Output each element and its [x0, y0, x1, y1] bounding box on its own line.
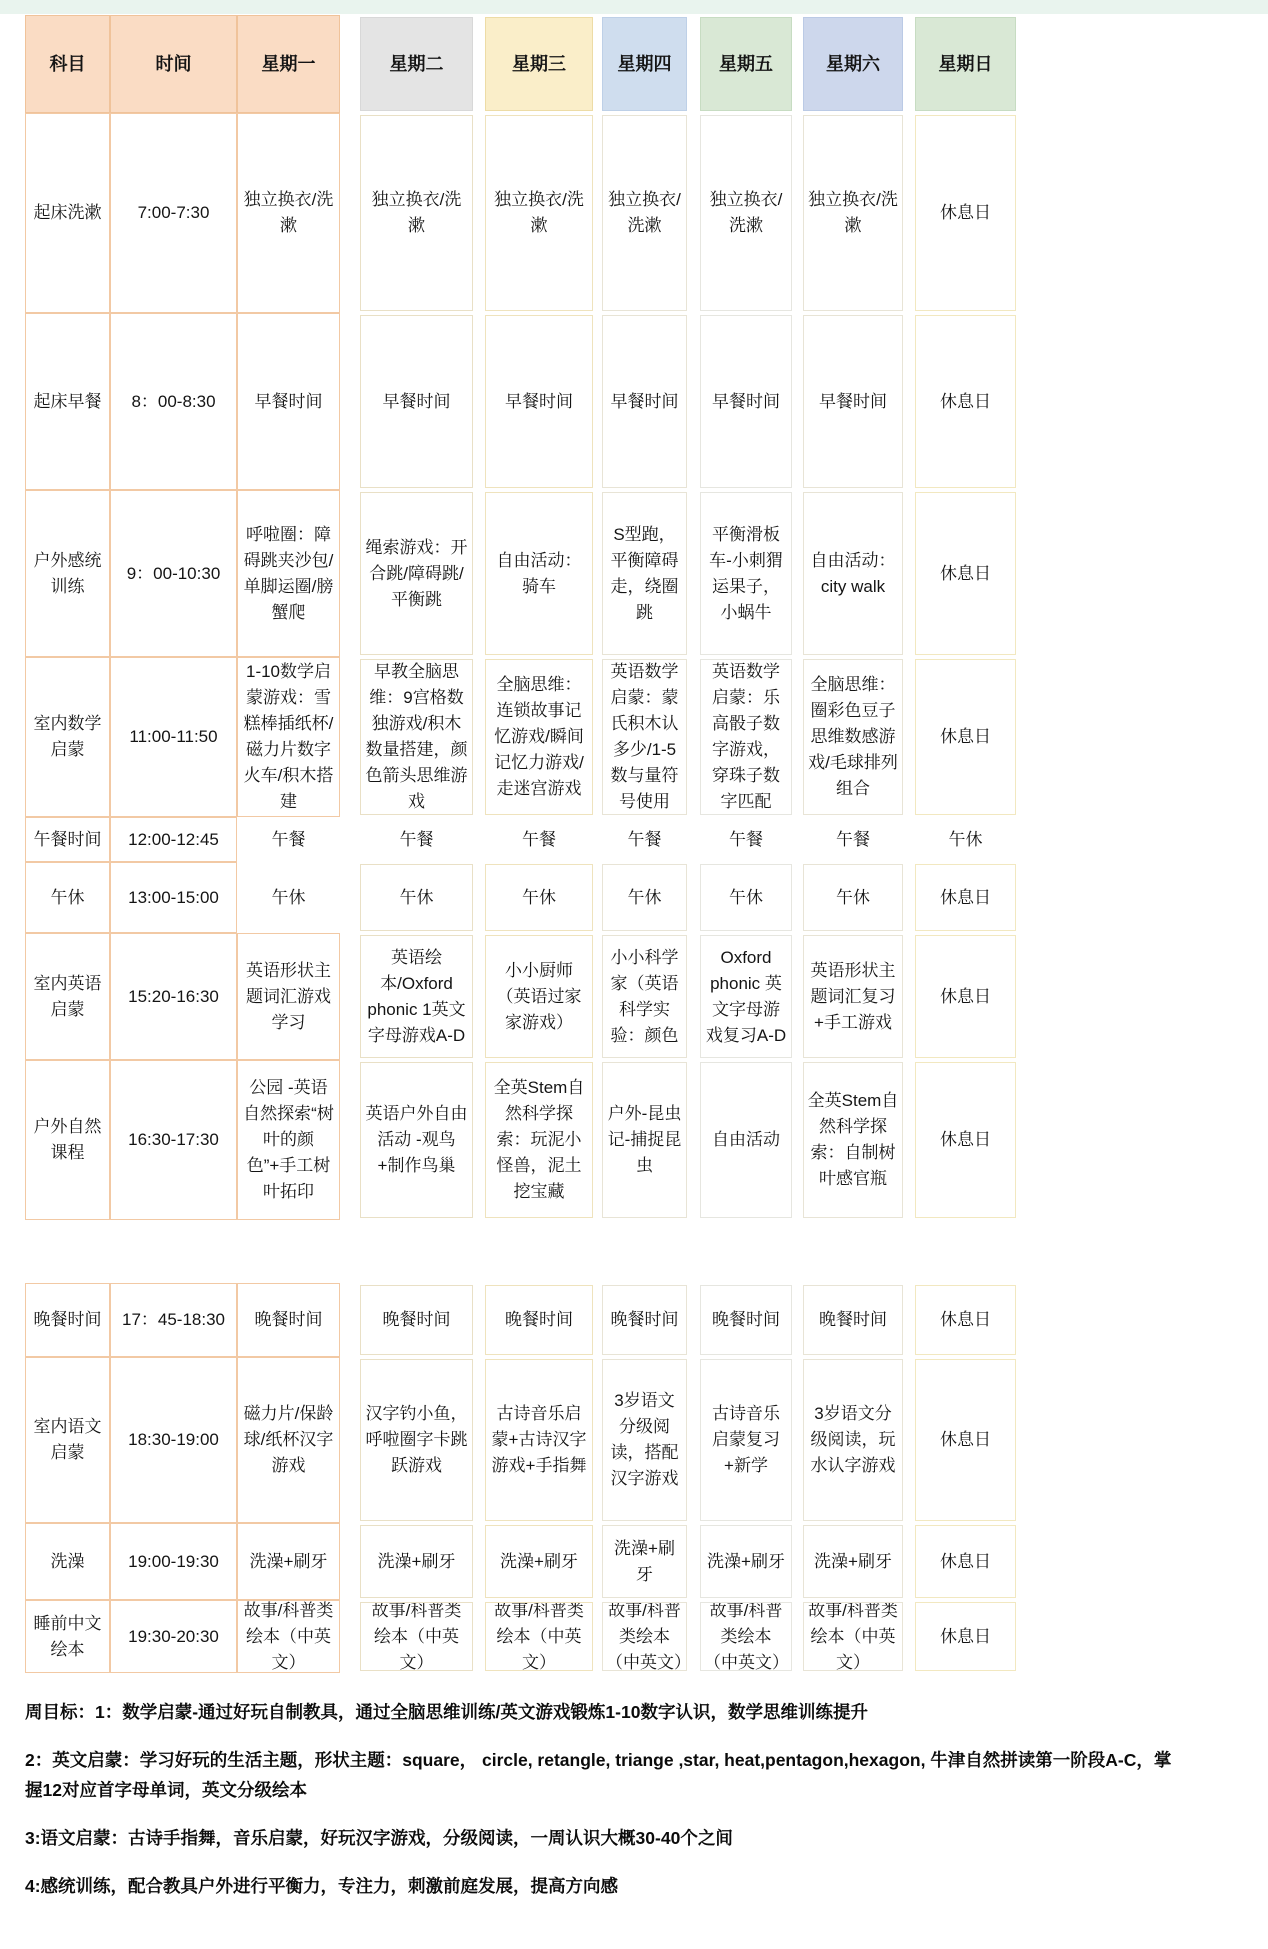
cell-wed-r7: 小小厨师（英语过家家游戏） [485, 935, 593, 1058]
goal-line-3: 3:语文启蒙：古诗手指舞，音乐启蒙，好玩汉字游戏，分级阅读，一周认识大概30-4… [25, 1823, 1185, 1853]
cell-sat-r11: 洗澡+刷牙 [803, 1525, 903, 1598]
cell-time-r10: 18:30-19:00 [110, 1357, 237, 1523]
lower-grid: 晚餐时间 17：45-18:30 晚餐时间 室内语文启蒙 18:30-19:00… [25, 1283, 340, 1673]
cell-fri-r7: Oxford phonic 英文字母游戏复习A-D [700, 935, 792, 1058]
cell-time-r6: 13:00-15:00 [110, 862, 237, 933]
column-thursday: 星期四 独立换衣/洗漱 早餐时间 S型跑，平衡障碍走，绕圈跳 英语数学启蒙：蒙氏… [602, 15, 687, 1673]
cell-subject-r9: 晚餐时间 [25, 1283, 110, 1357]
cell-tue-r2: 早餐时间 [360, 315, 473, 488]
cell-subject-r10: 室内语文启蒙 [25, 1357, 110, 1523]
cell-mon-r1: 独立换衣/洗漱 [237, 113, 340, 313]
cell-sat-r7: 英语形状主题词汇复习+手工游戏 [803, 935, 903, 1058]
cell-sun-r4: 休息日 [915, 659, 1016, 815]
cell-fri-r11: 洗澡+刷牙 [700, 1525, 792, 1598]
goal-line-2: 2：英文启蒙：学习好玩的生活主题，形状主题：square， circle, re… [25, 1745, 1185, 1805]
header-saturday: 星期六 [803, 17, 903, 111]
column-friday: 星期五 独立换衣/洗漱 早餐时间 平衡滑板车-小刺猬运果子，小蜗牛 英语数学启蒙… [700, 15, 792, 1673]
cell-tue-r1: 独立换衣/洗漱 [360, 115, 473, 311]
cell-mon-r2: 早餐时间 [237, 313, 340, 490]
cell-mon-r7: 英语形状主题词汇游戏学习 [237, 933, 340, 1060]
cell-time-r4: 11:00-11:50 [110, 657, 237, 817]
header-friday: 星期五 [700, 17, 792, 111]
cell-sun-r7: 休息日 [915, 935, 1016, 1058]
cell-fri-r6: 午休 [700, 864, 792, 931]
cell-subject-r5: 午餐时间 [25, 817, 110, 862]
cell-sun-r3: 休息日 [915, 492, 1016, 655]
top-strip [0, 0, 1268, 14]
cell-sat-r12: 故事/科普类绘本（中英文） [803, 1602, 903, 1671]
cell-sun-r5: 午休 [915, 819, 1016, 860]
cell-subject-r1: 起床洗漱 [25, 113, 110, 313]
cell-fri-r4: 英语数学启蒙：乐高骰子数字游戏，穿珠子数字匹配 [700, 659, 792, 815]
cell-time-r3: 9：00-10:30 [110, 490, 237, 657]
cell-sat-r3: 自由活动：city walk [803, 492, 903, 655]
cell-sun-r9: 休息日 [915, 1285, 1016, 1355]
cell-sun-r11: 休息日 [915, 1525, 1016, 1598]
cell-tue-r11: 洗澡+刷牙 [360, 1525, 473, 1598]
cell-subject-r2: 起床早餐 [25, 313, 110, 490]
header-monday: 星期一 [237, 15, 340, 113]
column-gap [700, 1222, 792, 1281]
cell-sun-r12: 休息日 [915, 1602, 1016, 1671]
cell-thu-r7: 小小科学家（英语科学实验：颜色 [602, 935, 687, 1058]
cell-time-r9: 17：45-18:30 [110, 1283, 237, 1357]
weekly-goals: 周目标：1：数学启蒙-通过好玩自制教具，通过全脑思维训练/英文游戏锻炼1-10数… [0, 1673, 1210, 1949]
cell-wed-r8: 全英Stem自然科学探索：玩泥小怪兽，泥土挖宝藏 [485, 1062, 593, 1218]
cell-fri-r3: 平衡滑板车-小刺猬运果子，小蜗牛 [700, 492, 792, 655]
cell-sat-r10: 3岁语文分级阅读，玩水认字游戏 [803, 1359, 903, 1521]
cell-wed-r11: 洗澡+刷牙 [485, 1525, 593, 1598]
cell-thu-r6: 午休 [602, 864, 687, 931]
cell-tue-r12: 故事/科普类绘本（中英文） [360, 1602, 473, 1671]
cell-wed-r9: 晚餐时间 [485, 1285, 593, 1355]
column-sunday: 星期日 休息日 休息日 休息日 休息日 午休 休息日 休息日 休息日 休息日 休… [915, 15, 1016, 1673]
header-sunday: 星期日 [915, 17, 1016, 111]
cell-fri-r1: 独立换衣/洗漱 [700, 115, 792, 311]
cell-subject-r8: 户外自然课程 [25, 1060, 110, 1220]
cell-time-r11: 19:00-19:30 [110, 1523, 237, 1600]
cell-thu-r2: 早餐时间 [602, 315, 687, 488]
cell-mon-r12: 故事/科普类绘本（中英文） [237, 1600, 340, 1673]
cell-mon-r5: 午餐 [237, 817, 340, 862]
cell-sat-r5: 午餐 [803, 819, 903, 860]
column-tuesday: 星期二 独立换衣/洗漱 早餐时间 绳索游戏：开合跳/障碍跳/平衡跳 早教全脑思维… [360, 15, 473, 1673]
cell-sun-r1: 休息日 [915, 115, 1016, 311]
cell-sat-r9: 晚餐时间 [803, 1285, 903, 1355]
cell-wed-r2: 早餐时间 [485, 315, 593, 488]
cell-fri-r2: 早餐时间 [700, 315, 792, 488]
cell-thu-r11: 洗澡+刷牙 [602, 1525, 687, 1598]
cell-thu-r12: 故事/科普类绘本（中英文） [602, 1602, 687, 1671]
cell-sat-r4: 全脑思维：圈彩色豆子思维数感游戏/毛球排列组合 [803, 659, 903, 815]
cell-thu-r10: 3岁语文分级阅读，搭配汉字游戏 [602, 1359, 687, 1521]
cell-wed-r4: 全脑思维：连锁故事记忆游戏/瞬间记忆力游戏/走迷宫游戏 [485, 659, 593, 815]
cell-mon-r10: 磁力片/保龄球/纸杯汉字游戏 [237, 1357, 340, 1523]
cell-tue-r10: 汉字钓小鱼，呼啦圈字卡跳跃游戏 [360, 1359, 473, 1521]
cell-time-r8: 16:30-17:30 [110, 1060, 237, 1220]
column-gap [803, 1222, 903, 1281]
cell-wed-r12: 故事/科普类绘本（中英文） [485, 1602, 593, 1671]
cell-tue-r6: 午休 [360, 864, 473, 931]
upper-grid: 科目 时间 星期一 起床洗漱 7:00-7:30 独立换衣/洗漱 起床早餐 8：… [25, 15, 340, 1220]
cell-tue-r8: 英语户外自由活动 -观鸟+制作鸟巢 [360, 1062, 473, 1218]
cell-mon-r8: 公园 -英语自然探索“树叶的颜色”+手工树叶拓印 [237, 1060, 340, 1220]
weekly-schedule-page: 科目 时间 星期一 起床洗漱 7:00-7:30 独立换衣/洗漱 起床早餐 8：… [0, 0, 1268, 1949]
cell-thu-r9: 晚餐时间 [602, 1285, 687, 1355]
cell-subject-r12: 睡前中文绘本 [25, 1600, 110, 1673]
header-time: 时间 [110, 15, 237, 113]
header-wednesday: 星期三 [485, 17, 593, 111]
cell-sun-r8: 休息日 [915, 1062, 1016, 1218]
cell-thu-r5: 午餐 [602, 819, 687, 860]
cell-thu-r3: S型跑，平衡障碍走，绕圈跳 [602, 492, 687, 655]
cell-subject-r3: 户外感统训练 [25, 490, 110, 657]
cell-sat-r6: 午休 [803, 864, 903, 931]
column-gap [602, 1222, 687, 1281]
cell-time-r1: 7:00-7:30 [110, 113, 237, 313]
column-gap [360, 1222, 473, 1281]
cell-mon-r4: 1-10数学启蒙游戏：雪糕棒插纸杯/磁力片数字火车/积木搭建 [237, 657, 340, 817]
cell-time-r5: 12:00-12:45 [110, 817, 237, 862]
cell-tue-r9: 晚餐时间 [360, 1285, 473, 1355]
cell-tue-r3: 绳索游戏：开合跳/障碍跳/平衡跳 [360, 492, 473, 655]
cell-time-r12: 19:30-20:30 [110, 1600, 237, 1673]
cell-thu-r8: 户外-昆虫记-捕捉昆虫 [602, 1062, 687, 1218]
goal-line-4: 4:感统训练，配合教具户外进行平衡力，专注力，刺激前庭发展，提高方向感 [25, 1871, 1185, 1901]
cell-fri-r10: 古诗音乐启蒙复习+新学 [700, 1359, 792, 1521]
cell-sun-r10: 休息日 [915, 1359, 1016, 1521]
cell-time-r7: 15:20-16:30 [110, 933, 237, 1060]
cell-thu-r1: 独立换衣/洗漱 [602, 115, 687, 311]
cell-time-r2: 8：00-8:30 [110, 313, 237, 490]
cell-subject-r6: 午休 [25, 862, 110, 933]
column-wednesday: 星期三 独立换衣/洗漱 早餐时间 自由活动：骑车 全脑思维：连锁故事记忆游戏/瞬… [485, 15, 593, 1673]
cell-tue-r7: 英语绘本/Oxford phonic 1英文字母游戏A-D [360, 935, 473, 1058]
cell-fri-r9: 晚餐时间 [700, 1285, 792, 1355]
cell-fri-r8: 自由活动 [700, 1062, 792, 1218]
cell-tue-r5: 午餐 [360, 819, 473, 860]
cell-sat-r1: 独立换衣/洗漱 [803, 115, 903, 311]
cell-mon-r6: 午休 [237, 862, 340, 933]
cell-subject-r11: 洗澡 [25, 1523, 110, 1600]
cell-sat-r8: 全英Stem自然科学探索：自制树叶感官瓶 [803, 1062, 903, 1218]
header-thursday: 星期四 [602, 17, 687, 111]
column-saturday: 星期六 独立换衣/洗漱 早餐时间 自由活动：city walk 全脑思维：圈彩色… [803, 15, 903, 1673]
cell-tue-r4: 早教全脑思维：9宫格数独游戏/积木数量搭建，颜色箭头思维游戏 [360, 659, 473, 815]
cell-sun-r6: 休息日 [915, 864, 1016, 931]
cell-subject-r4: 室内数学启蒙 [25, 657, 110, 817]
cell-sun-r2: 休息日 [915, 315, 1016, 488]
cell-wed-r10: 古诗音乐启蒙+古诗汉字游戏+手指舞 [485, 1359, 593, 1521]
column-gap [485, 1222, 593, 1281]
subject-time-monday-block: 科目 时间 星期一 起床洗漱 7:00-7:30 独立换衣/洗漱 起床早餐 8：… [25, 15, 340, 1673]
table-section-gap [25, 1220, 340, 1283]
cell-subject-r7: 室内英语启蒙 [25, 933, 110, 1060]
goal-line-1: 周目标：1：数学启蒙-通过好玩自制教具，通过全脑思维训练/英文游戏锻炼1-10数… [25, 1697, 1185, 1727]
cell-mon-r11: 洗澡+刷牙 [237, 1523, 340, 1600]
cell-thu-r4: 英语数学启蒙：蒙氏积木认多少/1-5数与量符号使用 [602, 659, 687, 815]
cell-sat-r2: 早餐时间 [803, 315, 903, 488]
header-tuesday: 星期二 [360, 17, 473, 111]
cell-wed-r3: 自由活动：骑车 [485, 492, 593, 655]
column-gap [915, 1222, 1016, 1281]
cell-wed-r5: 午餐 [485, 819, 593, 860]
cell-fri-r12: 故事/科普类绘本（中英文） [700, 1602, 792, 1671]
cell-wed-r6: 午休 [485, 864, 593, 931]
cell-wed-r1: 独立换衣/洗漱 [485, 115, 593, 311]
cell-mon-r3: 呼啦圈：障碍跳夹沙包/单脚运圈/膀蟹爬 [237, 490, 340, 657]
header-subject: 科目 [25, 15, 110, 113]
cell-fri-r5: 午餐 [700, 819, 792, 860]
cell-mon-r9: 晚餐时间 [237, 1283, 340, 1357]
schedule-table: 科目 时间 星期一 起床洗漱 7:00-7:30 独立换衣/洗漱 起床早餐 8：… [0, 15, 1268, 1673]
